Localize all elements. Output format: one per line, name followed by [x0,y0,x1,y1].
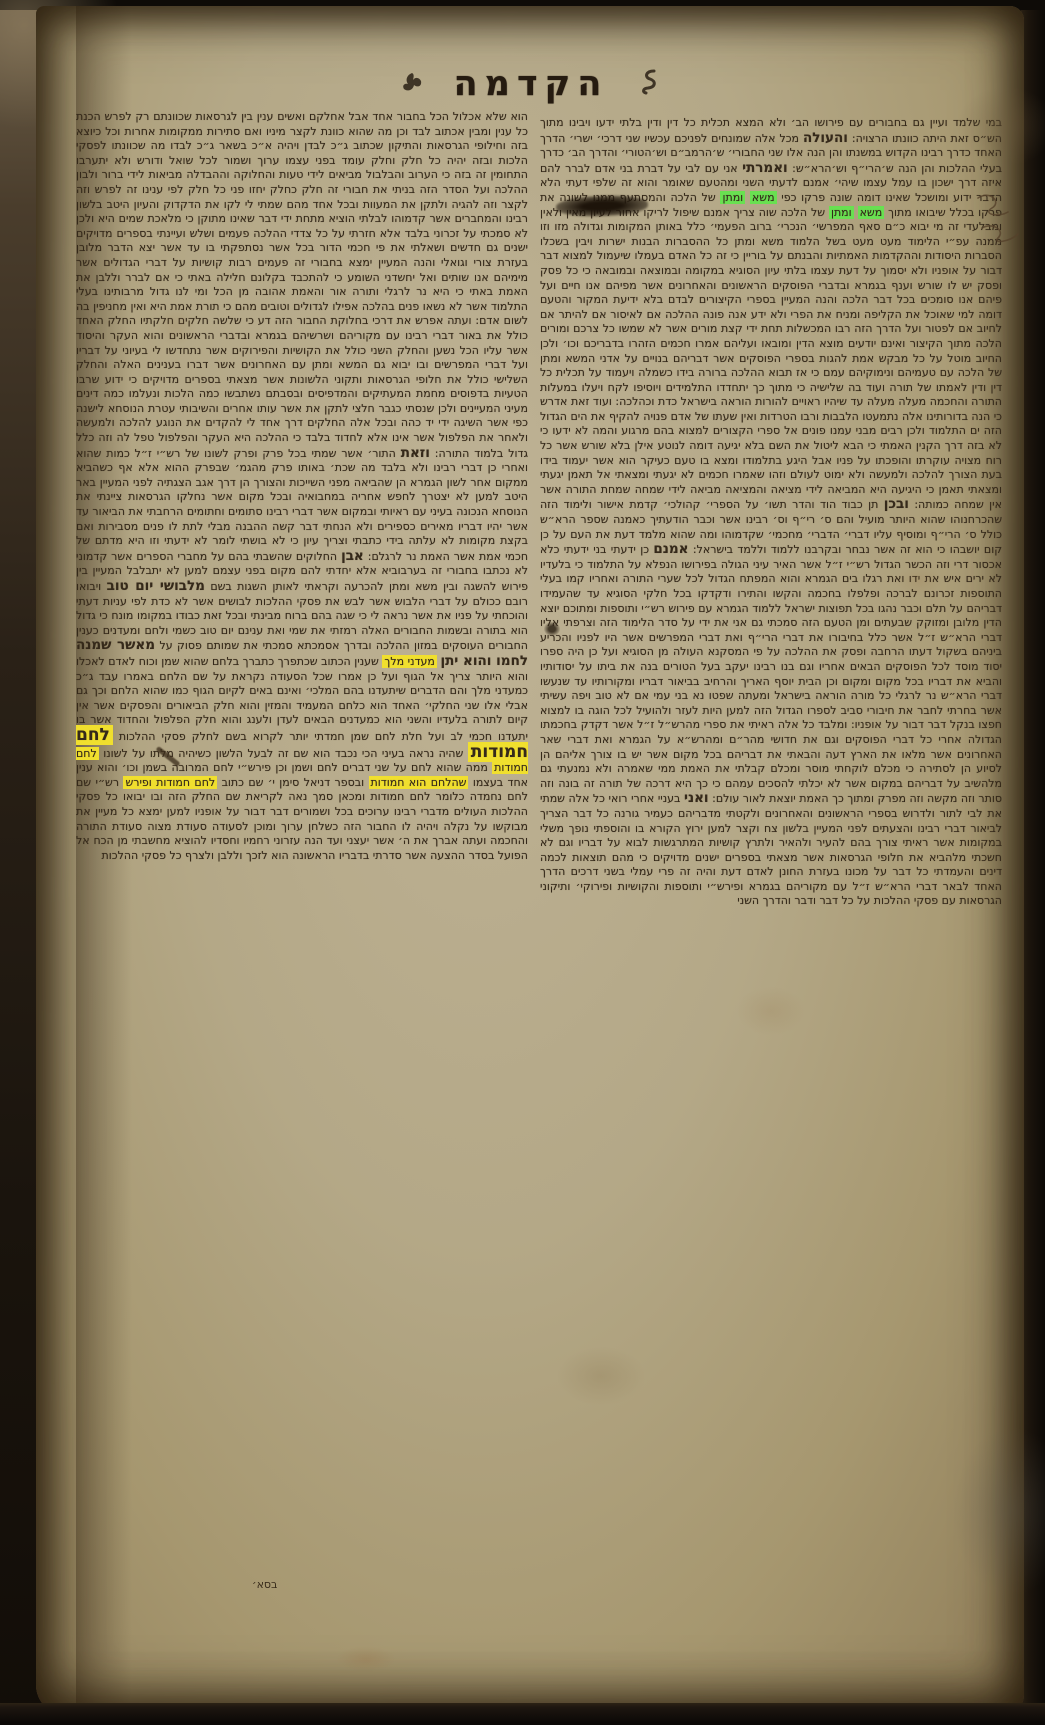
text-run: הוא שלא אכלול הכל בחבור אחד אבל אחלקם וא… [76,110,528,460]
green-highlighted-word: ומתן [829,206,854,219]
text-run: בעניי אחרי רואי כל אלה שמתי את לבי לתור … [540,792,1002,907]
photo-edge-bottom [0,1703,1045,1725]
text-run: ובספר דניאל סימן י׳ שם כתוב [222,776,365,789]
book-scan-photo: { "page": { "header_title": "הקדמה", "ca… [0,0,1045,1725]
bold-lead-word: ואמרתי [742,160,788,176]
bold-lead-word: אמנם [653,541,688,557]
text-run: התור׳ אשר שמתי בכל פרק ופרק לשונו של רש״… [76,447,528,563]
foxing-spot [336,1646,396,1672]
bold-lead-word: והעולה [803,130,848,146]
scanned-page: הקדמה במי שלמד ועיין גם בחבורים עם פירוש… [36,6,1024,1715]
text-run: שהיה נראה בעיני הכי נכבד הוא שם זה לבעל … [103,747,463,760]
page-header: הקדמה [36,64,1024,104]
bold-lead-word: ובכן [884,496,909,512]
yellow-highlighted-word: מעדני מלך [382,655,436,668]
yellow-highlighted-word: שהלחם הוא חמודות [369,776,469,789]
text-run: כן ידעתי בני ידעתי כלא אכסור דרי וזה הכש… [540,543,1002,805]
photo-edge-right [1021,0,1045,1725]
page-title: הקדמה [454,64,609,104]
green-highlighted-word: ומתן [720,191,745,204]
green-highlighted-word: משא [858,206,885,219]
bold-lead-word: וזאת [401,445,430,461]
fleuron-leaf-icon [400,71,424,97]
text-column-left: הוא שלא אכלול הכל בחבור אחד אבל אחלקם וא… [76,110,528,1572]
bold-lead-word: מלבושי יום טוב [107,578,205,594]
text-column-right: במי שלמד ועיין גם בחבורים עם פירושו הב׳ … [540,116,1002,1528]
text-run: של הלכה שוה צריך אמנם שיפול לריקו אחור ל… [540,206,1002,512]
bold-lead-word: אבן [341,548,364,564]
catchword: בסא׳ [252,1578,277,1591]
yellow-highlighted-word: לחם חמודות ופירש [123,776,217,789]
bold-lead-word: ואני [684,790,709,806]
green-highlighted-word: משא [750,191,777,204]
flourish-squiggle-icon [638,69,660,99]
